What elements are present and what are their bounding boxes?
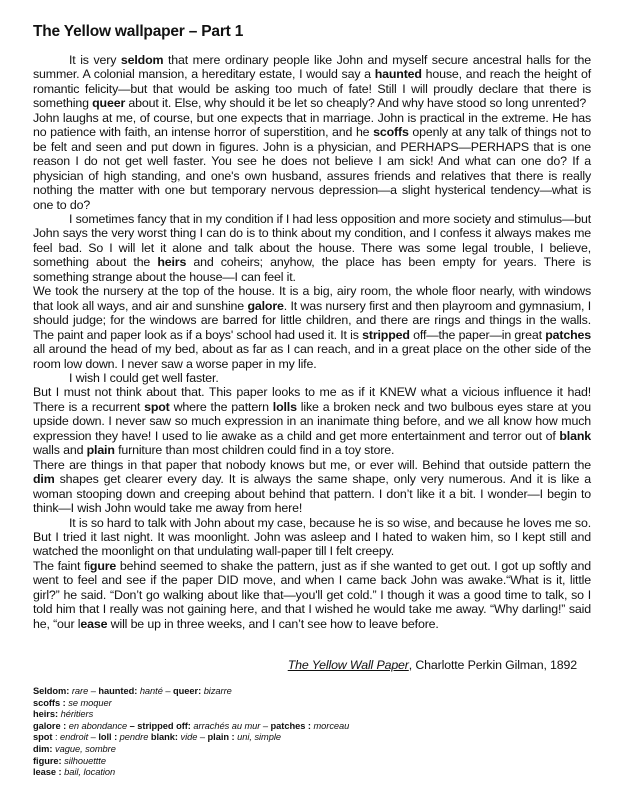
story-paragraph: It is very seldom that mere ordinary peo… <box>33 53 591 111</box>
translation: uni, simple <box>237 732 281 742</box>
bold-term: lolls <box>273 400 297 414</box>
text-run: – <box>163 686 173 696</box>
text-run: The faint fi <box>33 559 90 573</box>
translation: héritiers <box>61 709 94 719</box>
bold-term: gure <box>90 559 116 573</box>
text-run: – <box>88 732 98 742</box>
bold-term: ease <box>80 617 107 631</box>
text-run: : <box>52 732 60 742</box>
bold-term: lease : <box>33 767 62 777</box>
citation-author-year: , Charlotte Perkin Gilman, 1892 <box>409 658 577 672</box>
bold-term: plain : <box>208 732 235 742</box>
bold-term: plain <box>87 443 115 457</box>
translation: hanté <box>140 686 163 696</box>
text-run: I wish I could get well faster. <box>69 371 219 385</box>
bold-term: spot <box>144 400 170 414</box>
text-run: – <box>197 732 207 742</box>
bold-term: dim: <box>33 744 52 754</box>
translation: se moquer <box>68 698 111 708</box>
translation: silhouettte <box>64 756 106 766</box>
glossary-row: scoffs : se moquer <box>33 698 349 710</box>
text-run: off—the paper—in great <box>410 328 545 342</box>
translation: vide <box>181 732 198 742</box>
translation: bail, location <box>64 767 115 777</box>
glossary-row: Seldom: rare – haunted: hanté – queer: b… <box>33 686 349 698</box>
story-body: It is very seldom that mere ordinary peo… <box>33 53 591 631</box>
bold-term: heirs: <box>33 709 58 719</box>
bold-term: scoffs <box>373 125 409 139</box>
glossary-row: heirs: héritiers <box>33 709 349 721</box>
story-paragraph: There are things in that paper that nobo… <box>33 458 591 516</box>
story-paragraph: John laughs at me, of course, but one ex… <box>33 111 591 212</box>
story-paragraph: We took the nursery at the top of the ho… <box>33 284 591 371</box>
translation: vague, sombre <box>55 744 116 754</box>
text-run: – <box>260 721 270 731</box>
bold-term: scoffs : <box>33 698 66 708</box>
bold-term: galore : <box>33 721 66 731</box>
text-run: It is so hard to talk with John about my… <box>33 516 591 559</box>
bold-term: spot <box>33 732 52 742</box>
vocabulary-glossary: Seldom: rare – haunted: hanté – queer: b… <box>33 686 349 779</box>
story-paragraph: But I must not think about that. This pa… <box>33 385 591 457</box>
story-paragraph: It is so hard to talk with John about my… <box>33 516 591 559</box>
translation: rare <box>72 686 88 696</box>
bold-term: dim <box>33 472 55 486</box>
translation: pendre <box>120 732 149 742</box>
text-run: shapes get clearer every day. It is alwa… <box>33 472 591 515</box>
translation: morceau <box>313 721 349 731</box>
bold-term: figure: <box>33 756 62 766</box>
text-run: all around the head of my bed, about as … <box>33 342 591 370</box>
bold-term: Seldom: <box>33 686 69 696</box>
bold-term: loll : <box>98 732 117 742</box>
bold-term: heirs <box>157 255 186 269</box>
bold-term: haunted: <box>98 686 137 696</box>
bold-term: seldom <box>121 53 163 67</box>
document-title: The Yellow wallpaper – Part 1 <box>33 22 591 42</box>
bold-term: queer <box>92 96 125 110</box>
story-paragraph: I sometimes fancy that in my condition i… <box>33 212 591 284</box>
story-paragraph: I wish I could get well faster. <box>33 371 591 385</box>
glossary-row: spot : endroit – loll : pendre blank: vi… <box>33 732 349 744</box>
bold-term: patches <box>545 328 591 342</box>
glossary-row: dim: vague, sombre <box>33 744 349 756</box>
bold-term: queer: <box>173 686 201 696</box>
text-run: It is very <box>69 53 121 67</box>
citation: The Yellow Wall Paper, Charlotte Perkin … <box>288 658 577 672</box>
bold-term: galore <box>247 299 283 313</box>
text-run: – <box>88 686 98 696</box>
document-page: The Yellow wallpaper – Part 1 It is very… <box>33 22 591 631</box>
bold-term: haunted <box>375 67 422 81</box>
text-run: about it. Else, why should it be let so … <box>125 96 586 110</box>
bold-term: – stripped off: <box>130 721 191 731</box>
text-run: furniture than most children could find … <box>115 443 395 457</box>
glossary-row: figure: silhouettte <box>33 756 349 768</box>
bold-term: patches : <box>271 721 311 731</box>
bold-term: blank: <box>151 732 178 742</box>
glossary-row: lease : bail, location <box>33 767 349 779</box>
text-run: where the pattern <box>170 400 273 414</box>
story-paragraph: The faint figure behind seemed to shake … <box>33 559 591 631</box>
text-run: walls and <box>33 443 87 457</box>
translation: en abondance <box>69 721 127 731</box>
translation: arrachés au mur <box>193 721 260 731</box>
bold-term: blank <box>559 429 591 443</box>
translation: bizarre <box>204 686 232 696</box>
citation-work-title: The Yellow Wall Paper <box>288 658 409 672</box>
text-run: There are things in that paper that nobo… <box>33 458 591 472</box>
text-run: will be up in three weeks, and I can’t s… <box>107 617 438 631</box>
glossary-row: galore : en abondance – stripped off: ar… <box>33 721 349 733</box>
translation: endroit <box>60 732 88 742</box>
bold-term: stripped <box>362 328 410 342</box>
